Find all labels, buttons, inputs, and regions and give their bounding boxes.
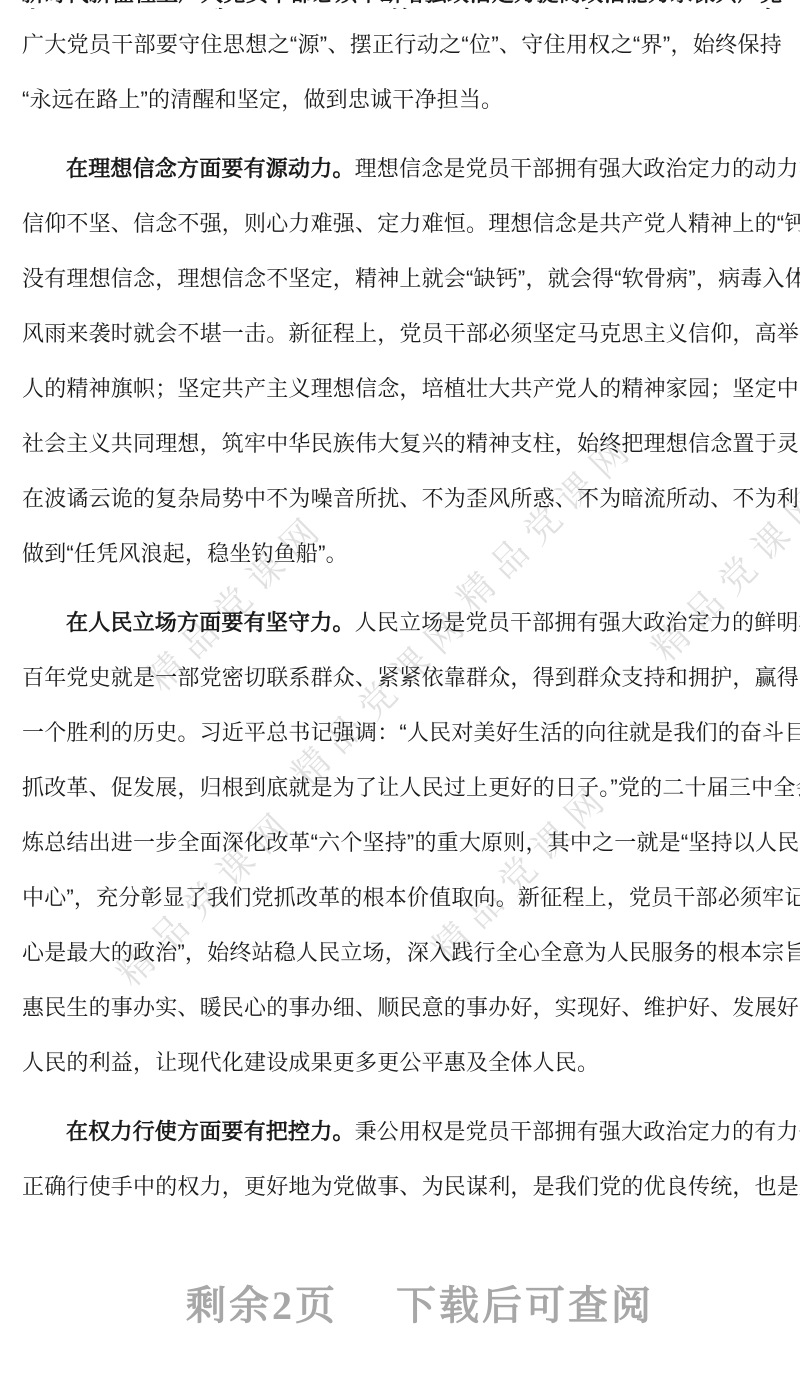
text-line: 抓改革、促发展，归根到底就是为了让人民过上更好的日子。”党的二十届三中全会提 <box>22 760 782 815</box>
body-text: 中心”，充分彰显了我们党抓改革的根本价值取向。新征程上，党员干部必须牢记“民 <box>22 885 800 910</box>
body-text: 在波谲云诡的复杂局势中不为噪音所扰、不为歪风所惑、不为暗流所动、不为利益所俘， <box>22 486 800 511</box>
body-text: 做到“任凭风浪起，稳坐钓鱼船”。 <box>22 541 348 566</box>
text-line: 中心”，充分彰显了我们党抓改革的根本价值取向。新征程上，党员干部必须牢记“民 <box>22 870 782 925</box>
text-line: 社会主义共同理想，筑牢中华民族伟大复兴的精神支柱，始终把理想信念置于灵魂高处， <box>22 416 782 471</box>
body-text: 社会主义共同理想，筑牢中华民族伟大复兴的精神支柱，始终把理想信念置于灵魂高处， <box>22 431 800 456</box>
text-line: 信仰不坚、信念不强，则心力难强、定力难恒。理想信念是共产党人精神上的“钙”， <box>22 196 782 251</box>
paragraph: 在人民立场方面要有坚守力。人民立场是党员干部拥有强大政治定力的鲜明标志。百年党史… <box>22 595 782 1090</box>
body-text: 人民立场是党员干部拥有强大政治定力的鲜明标志。 <box>355 610 800 635</box>
text-line: 做到“任凭风浪起，稳坐钓鱼船”。 <box>22 526 782 581</box>
body-text: 没有理想信念，理想信念不坚定，精神上就会“缺钙”，就会得“软骨病”，病毒入体、 <box>22 266 800 291</box>
text-line: 惠民生的事办实、暖民心的事办细、顺民意的事办好，实现好、维护好、发展好最广大 <box>22 980 782 1035</box>
body-text: 百年党史就是一部党密切联系群众、紧紧依靠群众，得到群众支持和拥护，赢得一个又 <box>22 665 800 690</box>
body-text: 信仰不坚、信念不强，则心力难强、定力难恒。理想信念是共产党人精神上的“钙”， <box>22 211 800 236</box>
paragraph: 广大党员干部要守住思想之“源”、摆正行动之“位”、守住用权之“界”，始终保持“永… <box>22 17 782 127</box>
text-line: 一个胜利的历史。习近平总书记强调：“人民对美好生活的向往就是我们的奋斗目标， <box>22 705 782 760</box>
body-text: 风雨来袭时就会不堪一击。新征程上，党员干部必须坚定马克思主义信仰，高举共产党 <box>22 321 800 346</box>
text-line: 人民的利益，让现代化建设成果更多更公平惠及全体人民。 <box>22 1035 782 1090</box>
paragraph: 在理想信念方面要有源动力。理想信念是党员干部拥有强大政治定力的动力源泉。信仰不坚… <box>22 141 782 581</box>
document-page: 精品党课网精品党课网精品党课网精品党课网精品党课网精品党课网 新时代新征程上广大… <box>0 0 800 1395</box>
body-text: 炼总结出进一步全面深化改革“六个坚持”的重大原则，其中之一就是“坚持以人民为 <box>22 830 800 855</box>
section-heading-text: 在理想信念方面要有源动力。 <box>66 156 355 181</box>
body-text: 一个胜利的历史。习近平总书记强调：“人民对美好生活的向往就是我们的奋斗目标， <box>22 720 800 745</box>
remaining-pages-text: 剩余2页 <box>186 1281 338 1331</box>
body-text: 人民的利益，让现代化建设成果更多更公平惠及全体人民。 <box>22 1050 599 1075</box>
body-text: 惠民生的事办实、暖民心的事办细、顺民意的事办好，实现好、维护好、发展好最广大 <box>22 995 800 1020</box>
text-line: 人的精神旗帜；坚定共产主义理想信念，培植壮大共产党人的精神家园；坚定中国特色 <box>22 361 782 416</box>
remaining-pages-banner: 剩余2页 下载后可查阅 <box>20 1281 800 1331</box>
body-text: 正确行使手中的权力，更好地为党做事、为民谋利，是我们党的优良传统，也是对党员 <box>22 1174 800 1199</box>
body-text: 广大党员干部要守住思想之“源”、摆正行动之“位”、守住用权之“界”，始终保持 <box>22 32 782 57</box>
body-text: “永远在路上”的清醒和坚定，做到忠诚干净担当。 <box>22 87 503 112</box>
text-line: 正确行使手中的权力，更好地为党做事、为民谋利，是我们党的优良传统，也是对党员 <box>22 1159 782 1214</box>
body-text: 人的精神旗帜；坚定共产主义理想信念，培植壮大共产党人的精神家园；坚定中国特色 <box>22 376 800 401</box>
text-line: 在理想信念方面要有源动力。理想信念是党员干部拥有强大政治定力的动力源泉。 <box>22 141 782 196</box>
download-hint-text: 下载后可查阅 <box>396 1281 654 1331</box>
text-line: 心是最大的政治”，始终站稳人民立场，深入践行全心全意为人民服务的根本宗旨，把 <box>22 925 782 980</box>
text-line: 在权力行使方面要有把控力。秉公用权是党员干部拥有强大政治定力的有力保障。 <box>22 1104 782 1159</box>
body-text: 心是最大的政治”，始终站稳人民立场，深入践行全心全意为人民服务的根本宗旨，把 <box>22 940 800 965</box>
clipped-previous-line: 新时代新征程上广大党员干部必须不断增强政治定力提高政治能力永葆共产党人政治本色 <box>22 0 782 9</box>
text-line: 广大党员干部要守住思想之“源”、摆正行动之“位”、守住用权之“界”，始终保持 <box>22 17 782 72</box>
document-body: 广大党员干部要守住思想之“源”、摆正行动之“位”、守住用权之“界”，始终保持“永… <box>0 17 800 1214</box>
text-line: 没有理想信念，理想信念不坚定，精神上就会“缺钙”，就会得“软骨病”，病毒入体、 <box>22 251 782 306</box>
section-heading-text: 在权力行使方面要有把控力。 <box>66 1119 355 1144</box>
text-line: “永远在路上”的清醒和坚定，做到忠诚干净担当。 <box>22 72 782 127</box>
clipped-previous-line-text: 新时代新征程上广大党员干部必须不断增强政治定力提高政治能力永葆共产党人政治本色 <box>22 0 782 9</box>
text-line: 在人民立场方面要有坚守力。人民立场是党员干部拥有强大政治定力的鲜明标志。 <box>22 595 782 650</box>
text-line: 炼总结出进一步全面深化改革“六个坚持”的重大原则，其中之一就是“坚持以人民为 <box>22 815 782 870</box>
body-text: 理想信念是党员干部拥有强大政治定力的动力源泉。 <box>355 156 800 181</box>
paragraph: 在权力行使方面要有把控力。秉公用权是党员干部拥有强大政治定力的有力保障。正确行使… <box>22 1104 782 1214</box>
body-text: 抓改革、促发展，归根到底就是为了让人民过上更好的日子。”党的二十届三中全会提 <box>22 775 800 800</box>
text-line: 风雨来袭时就会不堪一击。新征程上，党员干部必须坚定马克思主义信仰，高举共产党 <box>22 306 782 361</box>
body-text: 秉公用权是党员干部拥有强大政治定力的有力保障。 <box>355 1119 800 1144</box>
section-heading-text: 在人民立场方面要有坚守力。 <box>66 610 355 635</box>
text-line: 在波谲云诡的复杂局势中不为噪音所扰、不为歪风所惑、不为暗流所动、不为利益所俘， <box>22 471 782 526</box>
text-line: 百年党史就是一部党密切联系群众、紧紧依靠群众，得到群众支持和拥护，赢得一个又 <box>22 650 782 705</box>
